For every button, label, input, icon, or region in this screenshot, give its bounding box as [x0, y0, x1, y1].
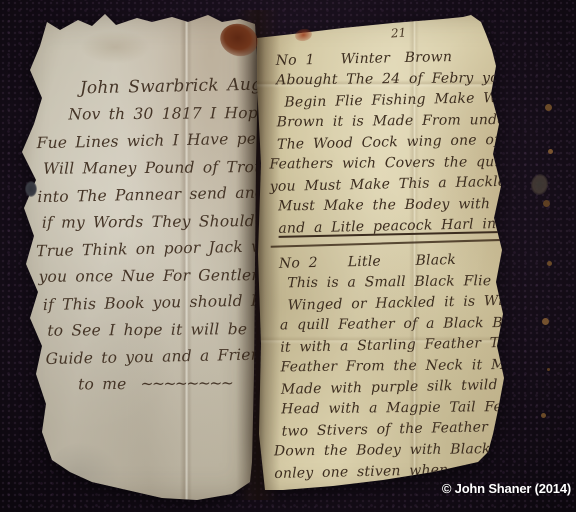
pen-flourish: ~~~~~~~~ — [140, 374, 232, 393]
right-page: 21 No 1Winter Brown Abought The 24 of Fe… — [253, 14, 555, 496]
fly-entry-heading: No 2Litle Black — [279, 248, 537, 275]
left-page: John Swarbrick Aughtly Nov th 30 1817 I … — [12, 12, 260, 504]
handwritten-line: Fue Lines wich I Have pend — [36, 126, 245, 157]
handwritten-line: Will Maney Pound of Trought — [43, 154, 245, 183]
left-page-corner-curl — [50, 442, 120, 497]
handwritten-line: into The Pannear send and — [37, 180, 246, 211]
handwritten-line: The Wood Cock wing one of the Large — [277, 129, 535, 156]
right-page-paper: 21 No 1Winter Brown Abought The 24 of Fe… — [253, 14, 555, 496]
handwritten-line: John Swarbrick Aughtly — [80, 72, 245, 102]
entry-title: Litle Black — [348, 252, 457, 270]
entry-number: No 1 — [276, 52, 315, 69]
handwritten-line: to me — [78, 375, 126, 393]
right-page-handwriting: No 1Winter Brown Abought The 24 of Febry… — [276, 46, 541, 484]
handwritten-line: if my Words They Should prove — [42, 208, 246, 237]
handwritten-line: Head with a Magpie Tail Feather onley — [281, 397, 539, 421]
left-page-paper: John Swarbrick Aughtly Nov th 30 1817 I … — [12, 12, 260, 504]
page-number: 21 — [391, 25, 407, 40]
left-page-handwriting: John Swarbrick Aughtly Nov th 30 1817 I … — [34, 73, 249, 400]
handwritten-line: Nov th 30 1817 I Hope theas — [68, 100, 244, 128]
handwritten-line-underlined: and a Litle peacock Harl in the Head — [278, 213, 536, 240]
handwritten-line: you once Nue For Gentlemen — [38, 262, 246, 291]
handwritten-line: Begin Flie Fishing Make Winter — [284, 87, 534, 113]
handwritten-line: it with a Starling Feather Take This — [280, 332, 538, 359]
handwritten-line: True Think on poor Jack whome — [36, 234, 247, 265]
handwritten-line: if This Book you should Happen — [43, 288, 248, 319]
handwritten-line: Must Make the Bodey with Red silk — [278, 194, 536, 218]
handwritten-line: Abought The 24 of Febry you May — [276, 68, 534, 92]
handwritten-line: This is a Small Black Flie Either — [287, 271, 537, 295]
handwritten-line: to See I hope it will be a Good — [47, 316, 247, 345]
fore-edge-stain-spots — [545, 104, 552, 111]
copyright-watermark: © John Shaner (2014) — [442, 481, 571, 496]
photo-of-open-manuscript-book: John Swarbrick Aughtly Nov th 30 1817 I … — [0, 0, 576, 512]
ink-rule-divider — [271, 239, 507, 248]
entry-title: Winter Brown — [340, 49, 452, 67]
handwritten-line: Down the Bodey with Black Ostridge Feath… — [274, 439, 540, 463]
handwritten-line: Guide to you and a Friend — [45, 342, 248, 373]
handwritten-line: two Stivers of the Feather and Lapped — [281, 416, 539, 443]
handwritten-line-with-flourish: to me~~~~~~~~ — [78, 370, 248, 398]
entry-number: No 2 — [279, 255, 318, 272]
